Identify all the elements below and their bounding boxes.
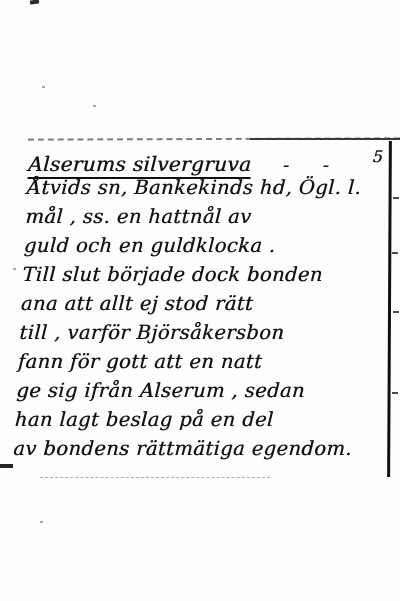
handwritten-line: han lagt beslag på en del bbox=[14, 405, 382, 434]
film-scratch-right bbox=[392, 392, 398, 394]
film-scratch-right bbox=[393, 197, 399, 199]
handwritten-line: ge sig ifrån Alserum , sedan bbox=[16, 376, 384, 405]
handwritten-line: ana att allt ej stod rätt bbox=[20, 289, 388, 318]
handwritten-line: fann för gott att en natt bbox=[17, 347, 385, 376]
handwritten-line: Till slut började dock bonden bbox=[22, 260, 390, 289]
handwritten-line: Åtvids sn, Bankekinds hd, Ögl. l. bbox=[26, 173, 394, 202]
film-scratch-top bbox=[30, 0, 39, 5]
scanned-card-photo: Alserums silvergruva - - 5 Åtvids sn, Ba… bbox=[0, 0, 400, 601]
handwritten-line: mål , ss. en hattnål av bbox=[25, 202, 393, 231]
film-streak-bottom bbox=[40, 477, 270, 478]
film-scratch-right bbox=[393, 311, 399, 313]
handwriting-block: Alserums silvergruva - - 5 Åtvids sn, Ba… bbox=[13, 142, 396, 463]
film-speck bbox=[40, 521, 43, 523]
handwritten-line: guld och en guldklocka . bbox=[23, 231, 391, 260]
handwritten-line: av bondens rättmätiga egendom. bbox=[13, 434, 381, 463]
page-number: 5 bbox=[372, 142, 384, 172]
handwritten-line: till , varför Björsåkersbon bbox=[19, 318, 387, 347]
title-line: Alserums silvergruva - - 5 bbox=[28, 142, 396, 173]
film-scratch-left bbox=[0, 464, 13, 468]
film-speck bbox=[42, 86, 45, 88]
film-speck bbox=[93, 105, 96, 107]
film-scratch-right bbox=[392, 252, 398, 254]
card-top-edge-line-dark bbox=[250, 138, 400, 140]
film-speck bbox=[13, 268, 16, 270]
